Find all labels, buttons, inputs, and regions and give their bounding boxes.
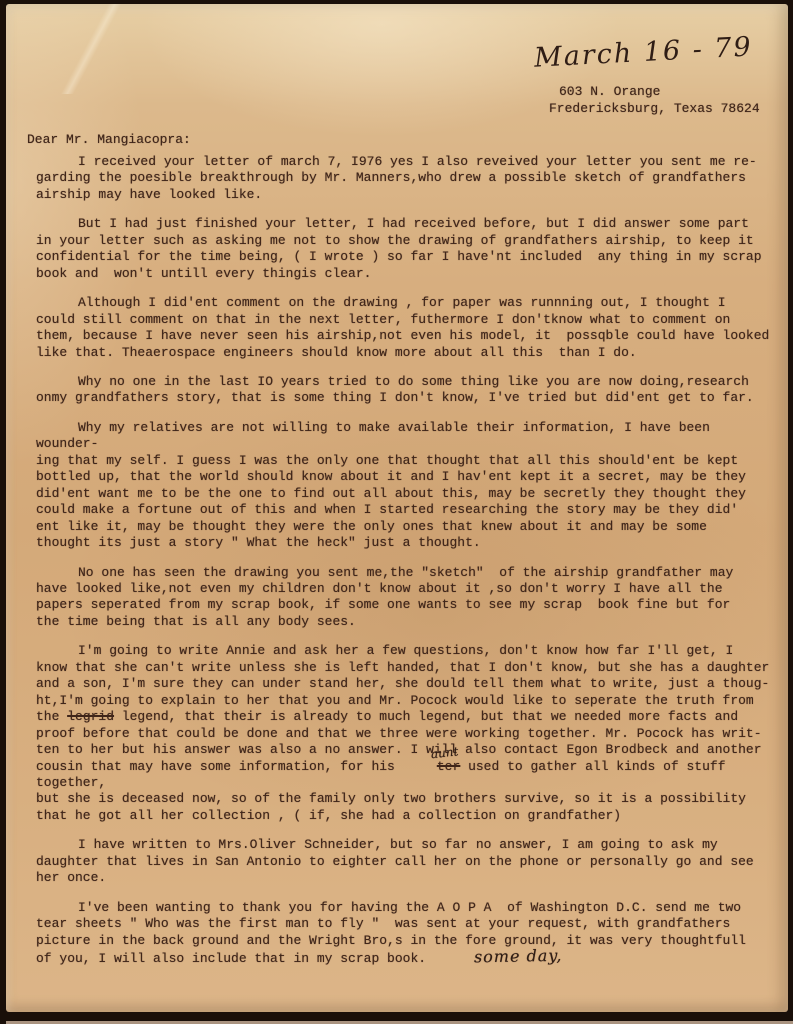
salutation: Dear Mr. Mangiacopra:	[27, 132, 191, 147]
paragraph-1: I received your letter of march 7, I976 …	[36, 154, 780, 203]
paragraph-3: Although I did'ent comment on the drawin…	[36, 295, 780, 361]
paragraph-5: Why my relatives are not willing to make…	[36, 420, 780, 552]
letter-scan: March 16 - 79 603 N. Orange Fredericksbu…	[0, 0, 793, 1024]
sender-address-line1: 603 N. Orange	[559, 84, 660, 99]
handwritten-date: March 16 - 79	[533, 29, 793, 74]
paragraph-9-text: I've been wanting to thank you for havin…	[36, 900, 746, 966]
paragraph-8: I have written to Mrs.Oliver Schneider, …	[36, 837, 780, 886]
handwritten-closing: some day,	[426, 948, 563, 967]
paragraph-4: Why no one in the last IO years tried to…	[36, 374, 780, 407]
paragraph-2: But I had just finished your letter, I h…	[36, 216, 780, 282]
paragraph-7: I'm going to write Annie and ask her a f…	[36, 643, 780, 824]
letter-paper: March 16 - 79 603 N. Orange Fredericksbu…	[6, 4, 788, 1012]
letter-body: I received your letter of march 7, I976 …	[36, 154, 780, 980]
struck-out-word: legrid	[67, 709, 114, 724]
paragraph-9: I've been wanting to thank you for havin…	[36, 900, 780, 968]
paper-crease	[6, 4, 176, 94]
paragraph-6: No one has seen the drawing you sent me,…	[36, 565, 780, 631]
correction-site: teraunt	[395, 759, 460, 775]
sender-address-line2: Fredericksburg, Texas 78624	[549, 101, 760, 116]
